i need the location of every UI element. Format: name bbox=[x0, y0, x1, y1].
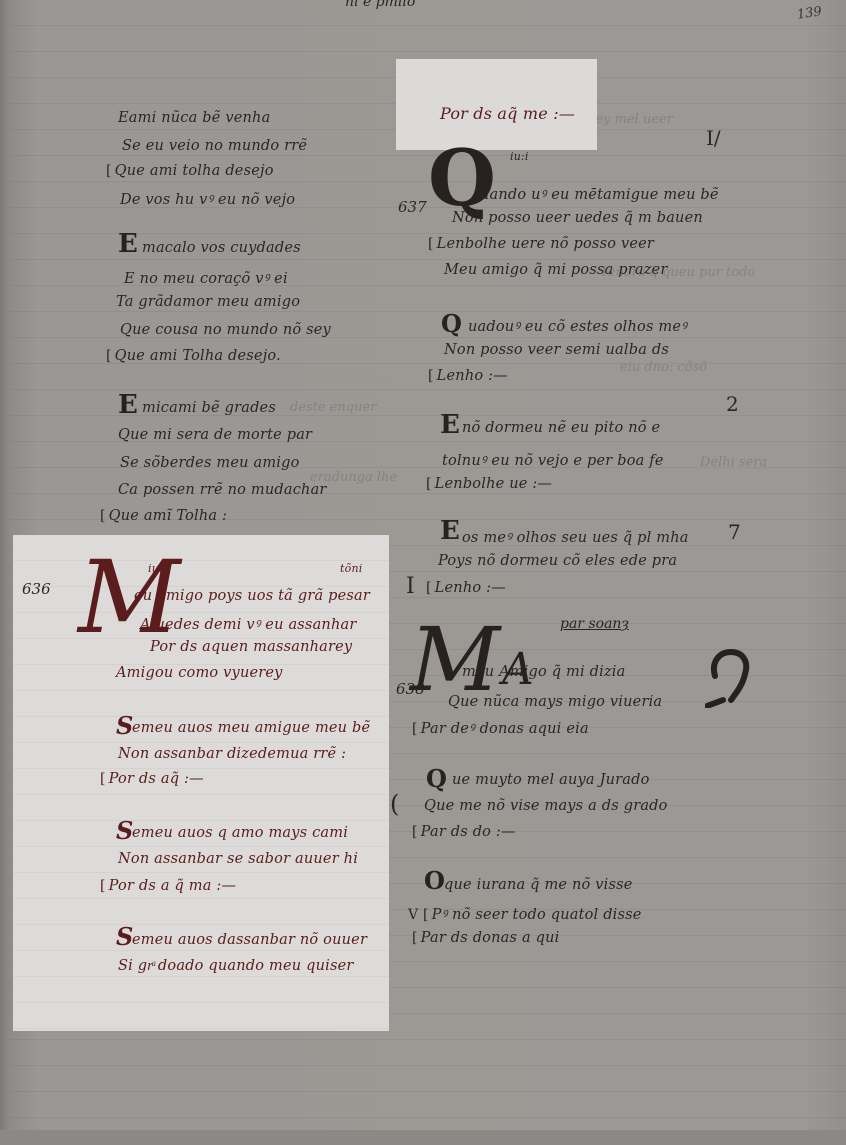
paragraph-mark-icon: [ bbox=[428, 236, 434, 252]
show-through-text: Delhi sera bbox=[700, 455, 767, 470]
verse-line: os meꝰ olhos seu ues q̃ pl mha bbox=[462, 527, 689, 547]
verse-line: V [Pꝰ nõ seer todo quatol disse bbox=[408, 904, 642, 924]
paragraph-mark-icon: [ bbox=[106, 163, 112, 179]
paragraph-mark-icon: [ bbox=[100, 508, 106, 524]
decorated-initial: M bbox=[410, 616, 500, 704]
paragraph-mark-icon: [ bbox=[100, 771, 106, 787]
margin-mark: 7 bbox=[728, 520, 741, 544]
show-through-text: deste enquer bbox=[290, 400, 376, 415]
verse-line: meu Amigo q̃ mi dizia bbox=[462, 664, 626, 680]
verse-line: Por ds aquen massanharey bbox=[150, 639, 352, 655]
page-left-edge bbox=[0, 0, 10, 1130]
initial-letter: Q bbox=[441, 309, 462, 338]
verse-line: Que nũca mays migo viueria bbox=[448, 694, 662, 710]
margin-mark: I/ bbox=[706, 126, 721, 150]
poem-number: 636 bbox=[22, 580, 51, 598]
margin-mark: 2 bbox=[726, 392, 739, 416]
verse-line: Si grͣ doado quando meu quiser bbox=[118, 958, 354, 975]
verse-line: Se eu veio no mundo rrẽ bbox=[122, 138, 307, 154]
paragraph-mark-icon: [ bbox=[412, 824, 418, 840]
verse-line: [Par deꝰ donas aqui eia bbox=[412, 718, 589, 738]
verse-line: nõ dormeu nẽ eu pito nõ e bbox=[462, 420, 660, 436]
verse-line: Meu amigo q̃ mi possa prazer bbox=[444, 262, 667, 278]
verse-line: [Por ds a q̃ ma :— bbox=[100, 878, 236, 894]
superscript-note: tõni bbox=[340, 562, 362, 575]
paragraph-mark-icon: [ bbox=[100, 878, 106, 894]
decorated-initial: Q bbox=[428, 140, 496, 218]
verse-line: Amigou como vyuerey bbox=[116, 665, 283, 681]
paragraph-mark-icon: [ bbox=[412, 930, 418, 946]
page-bottom-edge bbox=[0, 1130, 846, 1145]
verse-line: ue muyto mel auya Jurado bbox=[452, 772, 650, 788]
header-note: ni e pmilo bbox=[345, 0, 415, 10]
verse-line: Se sõberdes meu amigo bbox=[120, 455, 300, 471]
show-through-text: eiu dno: cõsõ bbox=[620, 360, 707, 375]
check-mark-icon: V [ bbox=[408, 907, 429, 923]
verse-line: Non posso veer semi ualba ds bbox=[444, 342, 669, 358]
paragraph-mark-icon: [ bbox=[428, 368, 434, 384]
verse-line: uando uꝰ eu mētamigue meu bẽ bbox=[480, 184, 719, 204]
verse-line: [Por ds aq̃ :— bbox=[100, 771, 204, 787]
verse-line: Que mi sera de morte par bbox=[118, 427, 312, 443]
verse-line: que iurana q̃ me nõ visse bbox=[444, 877, 633, 893]
verse-line: E no meu coraçõ vꝰ ei bbox=[124, 268, 288, 288]
verse-line: Ta grãdamor meu amigo bbox=[116, 294, 300, 310]
initial-letter: O bbox=[424, 866, 445, 895]
verse-line: A uedes demi vꝰ eu assanhar bbox=[140, 614, 356, 634]
paragraph-mark-icon: [ bbox=[106, 348, 112, 364]
refrain-line-highlighted: Por ds aq̃ me :— bbox=[440, 104, 575, 123]
paragraph-mark-icon: [ bbox=[426, 476, 432, 492]
initial-letter: E bbox=[440, 516, 460, 546]
verse-line: [Que amĩ Tolha : bbox=[100, 508, 227, 524]
verse-line: Que cousa no mundo nõ sey bbox=[120, 322, 331, 338]
initial-letter: E bbox=[118, 390, 138, 420]
verse-line: [Par ds donas a qui bbox=[412, 930, 559, 946]
large-margin-glyph-icon bbox=[705, 648, 751, 708]
verse-line: emeu auos dassanbar nõ ouuer bbox=[132, 932, 367, 948]
verse-line: De vos hu vꝰ eu nõ vejo bbox=[120, 189, 295, 209]
verse-line: emeu auos meu amigue meu bẽ bbox=[132, 720, 370, 736]
initial-letter: E bbox=[440, 410, 460, 440]
verse-line: [Que ami tolha desejo bbox=[106, 163, 274, 179]
verse-line: uadouꝰ eu cõ estes olhos meꝰ bbox=[468, 316, 687, 336]
initial-letter: S bbox=[116, 922, 133, 951]
verse-line: [Lenbolhe ue :— bbox=[426, 476, 552, 492]
verse-line: emeu auos q amo mays cami bbox=[132, 825, 348, 841]
paragraph-mark-icon: [ bbox=[412, 721, 418, 737]
superscript-note: iu:i bbox=[510, 150, 529, 163]
paragraph-mark-icon: [ bbox=[426, 580, 432, 596]
verse-line: [Lenho :— bbox=[426, 580, 506, 596]
verse-line: [Lenho :— bbox=[428, 368, 508, 384]
initial-letter: E bbox=[118, 229, 138, 259]
verse-line: eu amigo poys uos tã grã pesar bbox=[134, 588, 370, 604]
verse-line: [Que ami Tolha desejo. bbox=[106, 348, 281, 364]
verse-line: Non assanbar se sabor auuer hi bbox=[118, 851, 358, 867]
verse-line: Eami nũca bẽ venha bbox=[118, 110, 270, 126]
poem-number: 637 bbox=[398, 198, 427, 216]
verse-line: Ca possen rrẽ no mudachar bbox=[118, 482, 327, 498]
verse-line: Poys nõ dormeu cõ eles ede pra bbox=[438, 553, 677, 569]
verse-line: macalo vos cuydades bbox=[142, 240, 301, 256]
verse-line: micami bẽ grades bbox=[142, 400, 276, 416]
bracket-icon: I bbox=[406, 574, 415, 599]
verse-line: Non assanbar dizedemua rrẽ : bbox=[118, 746, 346, 762]
bracket-icon: ( bbox=[390, 790, 399, 818]
author-rubric: par soanȝ bbox=[560, 616, 629, 632]
initial-letter: Q bbox=[426, 764, 447, 793]
verse-line: Non posso ueer uedes q̃ m bauen bbox=[452, 210, 703, 226]
verse-line: [Lenbolhe uere nõ posso veer bbox=[428, 236, 654, 252]
verse-line: Que me nõ vise mays a ds grado bbox=[424, 798, 668, 814]
verse-line: [Par ds do :— bbox=[412, 824, 516, 840]
initial-letter: S bbox=[116, 816, 133, 845]
verse-line: tolnuꝰ eu nõ vejo e per boa fe bbox=[442, 450, 664, 470]
initial-letter: S bbox=[116, 711, 133, 740]
